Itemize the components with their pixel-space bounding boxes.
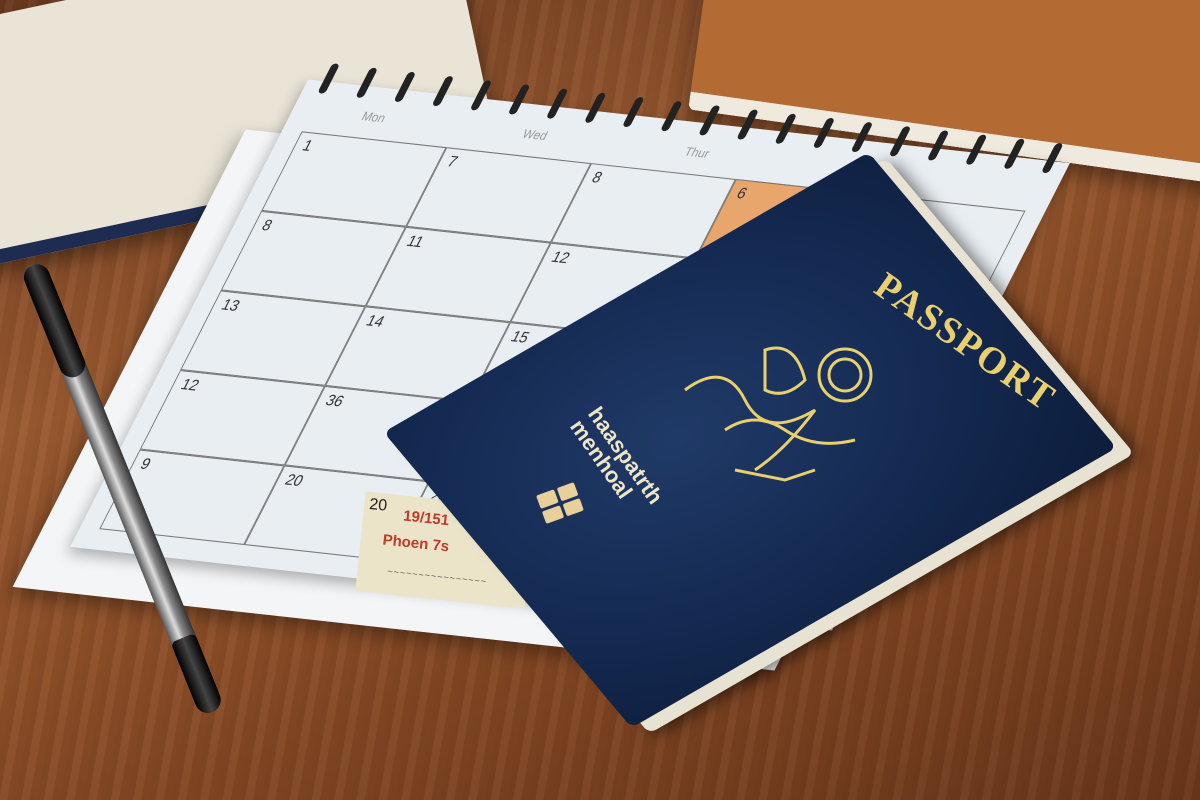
calendar-day-number: 8 <box>589 169 606 187</box>
eagle-seal-icon <box>665 330 885 490</box>
calendar-day-number: 13 <box>218 296 242 315</box>
calendar-day-number: 11 <box>403 233 426 252</box>
calendar-day-number: 7 <box>444 153 461 171</box>
calendar-day-number: 6 <box>733 185 750 203</box>
calendar-day-number: 20 <box>282 471 306 490</box>
calendar-day-number: 36 <box>322 392 346 411</box>
note-name: Phoen 7s <box>382 531 450 555</box>
calendar-day-number: 8 <box>259 217 276 235</box>
calendar-day-number: 15 <box>508 328 532 347</box>
weekday-label: Wed <box>520 127 550 143</box>
calendar-day-number: 1 <box>299 137 316 155</box>
calendar-day-number: 12 <box>548 249 572 268</box>
calendar-day-number: 14 <box>363 312 387 331</box>
calendar-day-number: 12 <box>178 376 202 395</box>
weekday-label <box>982 177 989 191</box>
calendar-day-number: 9 <box>137 455 154 473</box>
note-fine-print: ~~~~~~~~~~~~~~~~ <box>387 566 488 586</box>
note-day: 20 <box>368 496 388 516</box>
note-date: 19/151 <box>402 508 449 530</box>
weekday-label: Mon <box>359 109 388 125</box>
weekday-label: Thur <box>682 144 713 161</box>
